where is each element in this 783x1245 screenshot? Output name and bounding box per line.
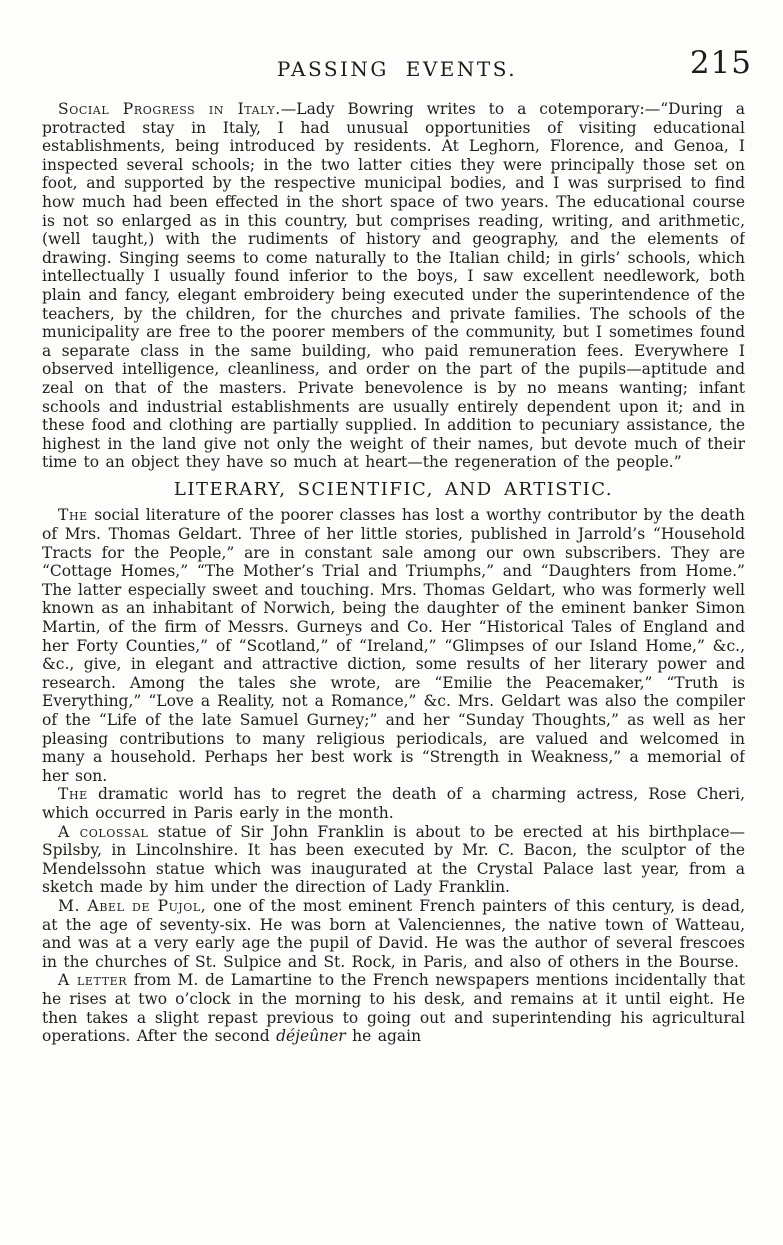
running-title: PASSING EVENTS. [277, 57, 517, 81]
text-segment: dramatic world has to regret the death o… [42, 785, 745, 822]
para-social-progress-in-italy: Social Progress in Italy.—Lady Bowring w… [42, 100, 745, 472]
text-segment: The [58, 506, 88, 524]
page-header: PASSING EVENTS. 215 [42, 0, 752, 96]
text-segment: A letter [58, 971, 127, 989]
text-segment: déjeûner [276, 1027, 346, 1045]
page-number: 215 [690, 45, 752, 81]
text-segment: M. Abel de Pujol, [58, 897, 206, 915]
para-franklin-statue: A colossal statue of Sir John Franklin i… [42, 823, 745, 897]
text-segment: —Lady Bowring writes to a cotemporary:—“… [42, 100, 745, 471]
article-body: Social Progress in Italy.—Lady Bowring w… [42, 100, 745, 1046]
text-segment: statue of Sir John Franklin is about to … [42, 823, 745, 897]
text-segment: Social Progress in Italy. [58, 100, 281, 118]
para-lamartine-letter: A letter from M. de Lamartine to the Fre… [42, 971, 745, 1045]
text-segment: A colossal [58, 823, 148, 841]
text-segment: The [58, 785, 88, 803]
text-segment: he again [346, 1027, 421, 1045]
section-heading-literary-scientific-artistic: LITERARY, SCIENTIFIC, AND ARTISTIC. [42, 481, 745, 500]
para-rose-cheri: The dramatic world has to regret the dea… [42, 785, 745, 822]
text-segment: social literature of the poorer classes … [42, 506, 745, 784]
para-mrs-thomas-geldart: The social literature of the poorer clas… [42, 506, 745, 785]
para-abel-de-pujol: M. Abel de Pujol, one of the most eminen… [42, 897, 745, 971]
document-page: PASSING EVENTS. 215 Social Progress in I… [0, 0, 783, 1245]
